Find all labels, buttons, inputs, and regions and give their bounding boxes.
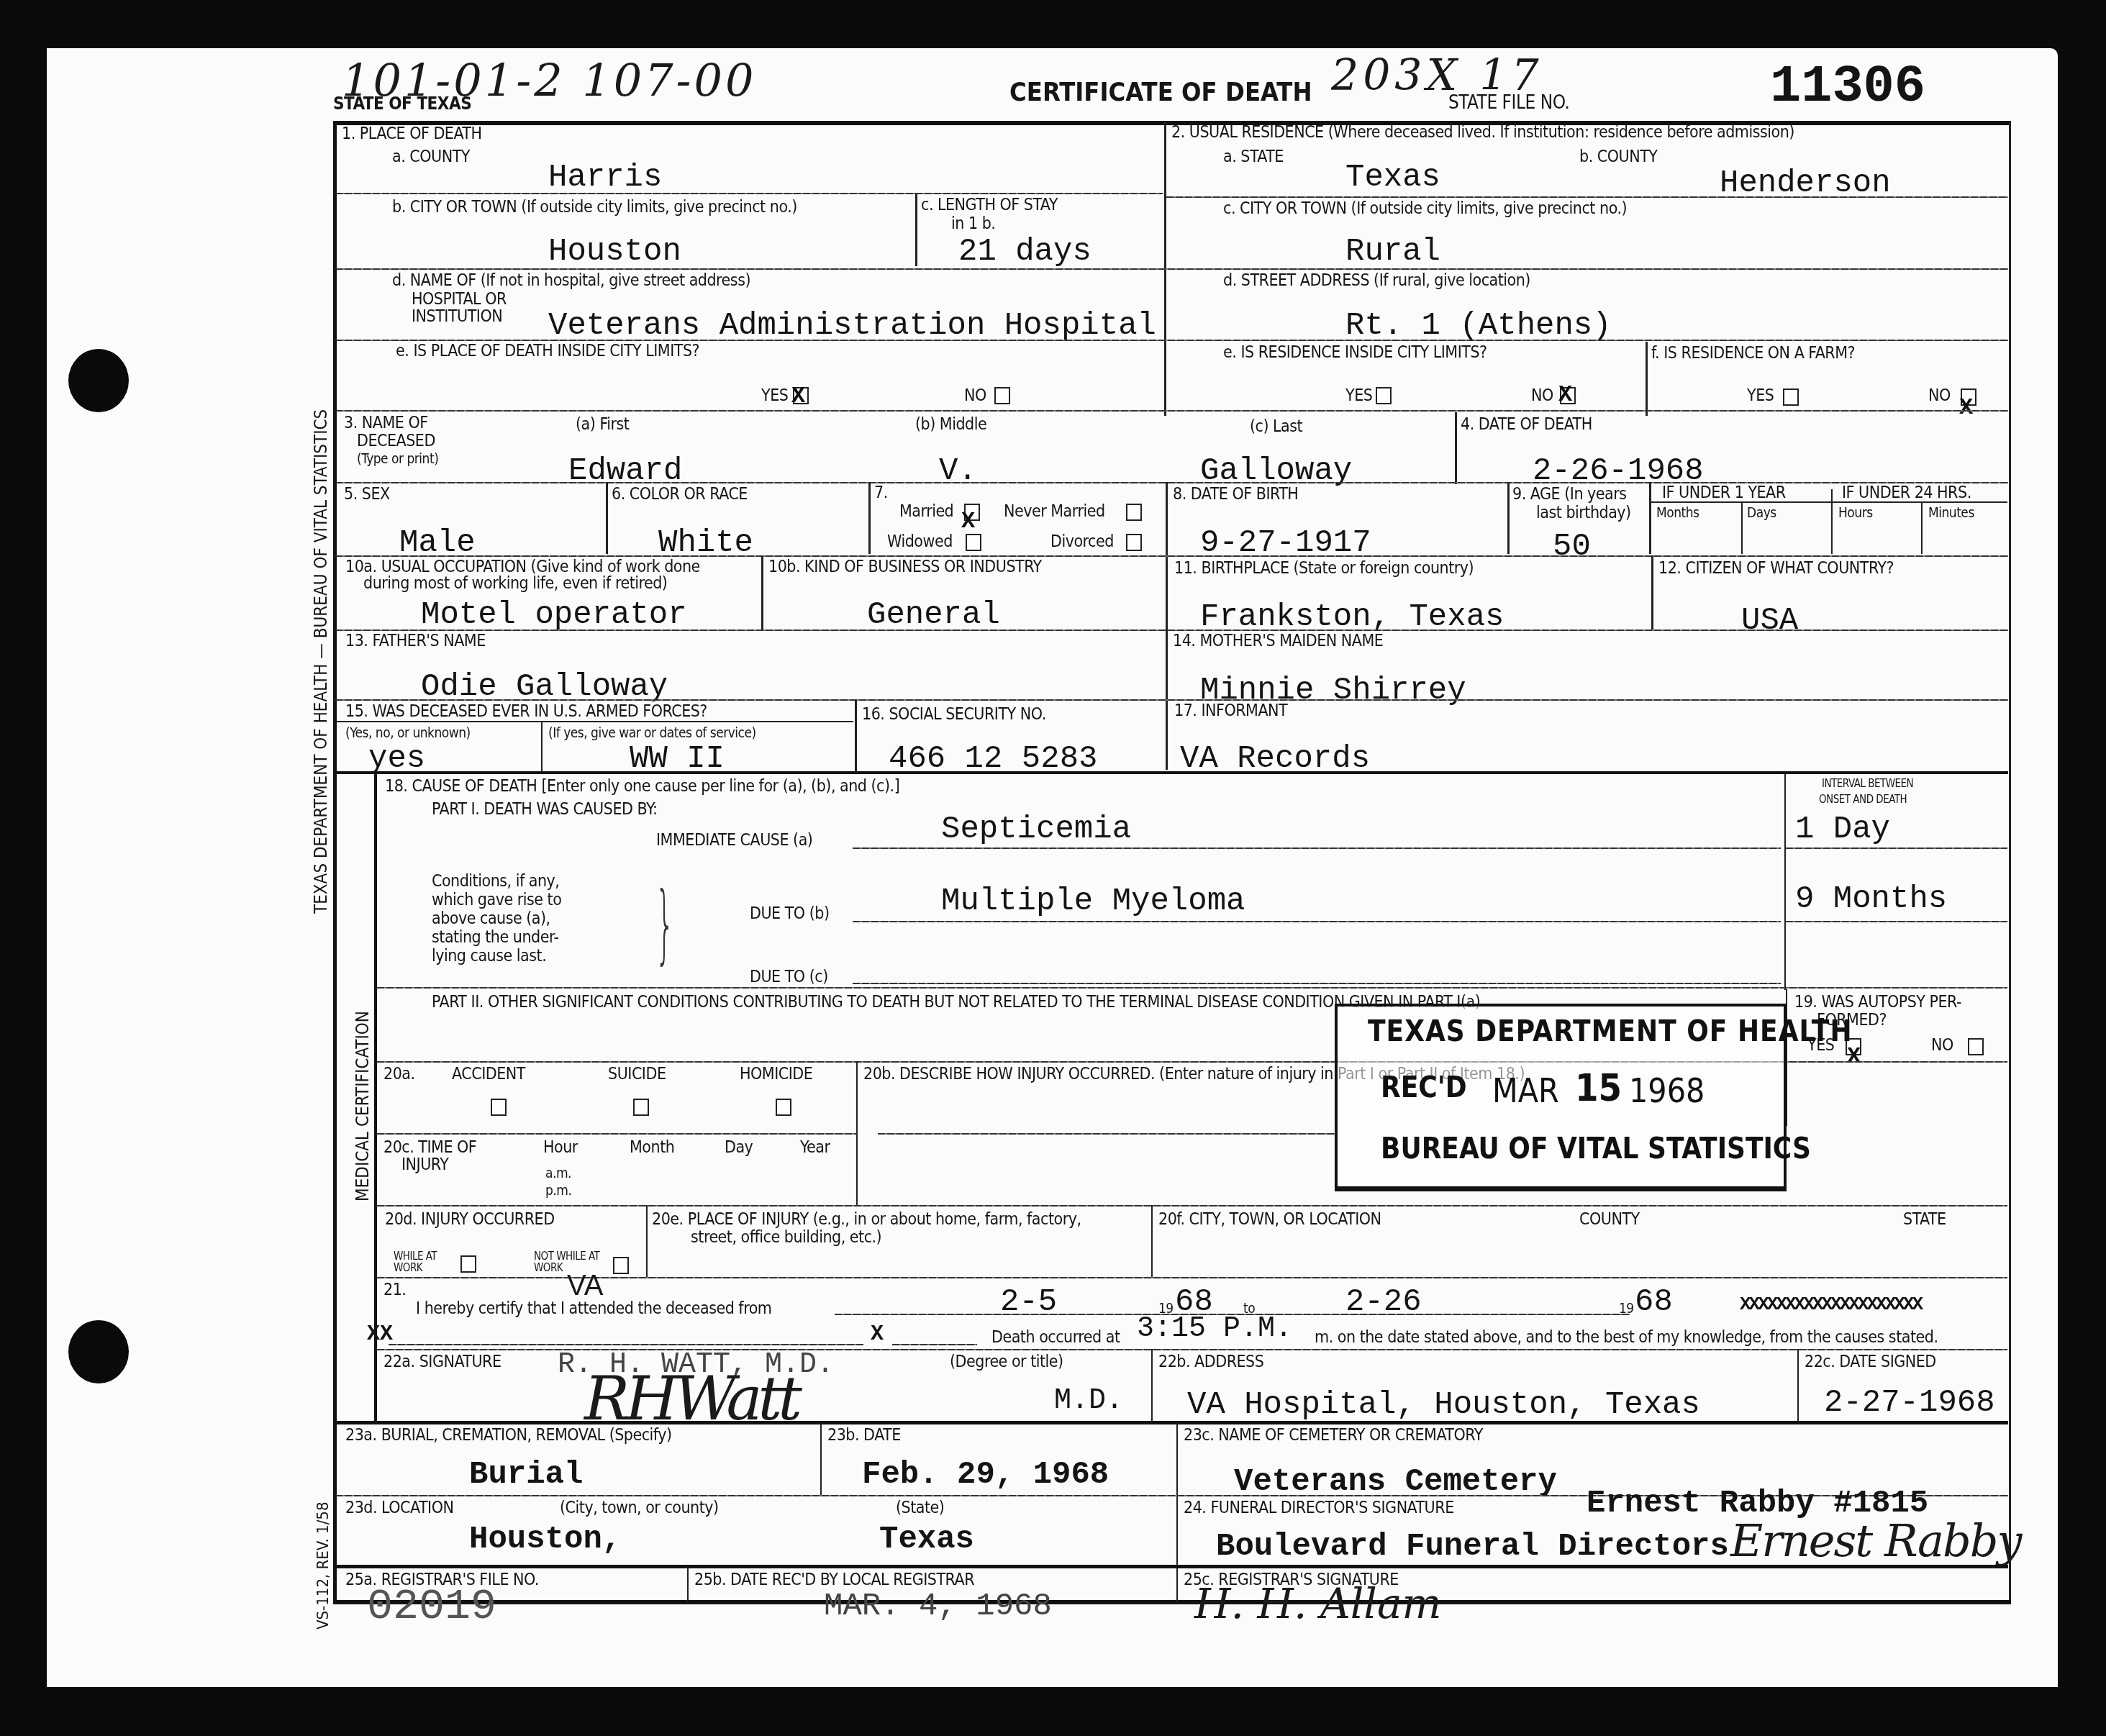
hospital-label-2: HOSPITAL OR	[412, 290, 507, 309]
funeral-director-signature: Ernest Rabby	[1730, 1514, 2020, 1567]
residence-state-value: Texas	[1345, 160, 1440, 196]
interval-b-value: 9 Months	[1795, 881, 1947, 917]
degree-label: (Degree or title)	[950, 1353, 1063, 1371]
name-of-deceased-label-2: DECEASED	[357, 432, 435, 450]
signature-label: 22a. SIGNATURE	[383, 1353, 501, 1371]
no-label: NO	[1931, 1036, 1953, 1055]
never-married-label: Never Married	[1004, 502, 1105, 521]
street-address-label: d. STREET ADDRESS (If rural, give locati…	[1223, 271, 1530, 290]
last-name-value: Galloway	[1200, 453, 1352, 489]
name-of-deceased-label-3: (Type or print)	[357, 451, 438, 467]
row-rule	[335, 699, 2008, 701]
part2-label: PART II. OTHER SIGNIFICANT CONDITIONS CO…	[432, 993, 1480, 1012]
cell-divider	[541, 722, 543, 772]
disposition-method-label: 23a. BURIAL, CREMATION, REMOVAL (Specify…	[345, 1426, 672, 1445]
burial-city-sublabel: (City, town, or county)	[560, 1499, 719, 1517]
punch-hole	[68, 1320, 129, 1383]
farm-yes-checkbox[interactable]	[1783, 388, 1799, 406]
ssn-label: 16. SOCIAL SECURITY NO.	[862, 705, 1046, 724]
column-divider	[1166, 482, 1168, 633]
state-file-label: STATE FILE NO.	[1448, 92, 1569, 114]
year-label: Year	[800, 1138, 830, 1157]
father-name-label: 13. FATHER'S NAME	[345, 632, 486, 650]
cause-line	[1786, 921, 2007, 922]
x-mark: X	[961, 508, 975, 535]
injury-county-label: COUNTY	[1579, 1210, 1640, 1229]
street-address-value: Rt. 1 (Athens)	[1345, 308, 1612, 344]
cell-divider	[855, 699, 857, 771]
length-of-stay-sublabel: in 1 b.	[951, 214, 995, 233]
conditions-note: stating the under-	[432, 928, 558, 947]
cause-line	[853, 847, 1781, 849]
hour-label: Hour	[543, 1138, 578, 1157]
attended-to-year: 68	[1635, 1284, 1673, 1320]
informant-label: 17. INFORMANT	[1174, 701, 1287, 720]
death-inside-city-label: e. IS PLACE OF DEATH INSIDE CITY LIMITS?	[396, 342, 699, 360]
x-mark: X	[1959, 394, 1973, 421]
divorced-checkbox[interactable]	[1126, 534, 1142, 551]
physician-address-label: 22b. ADDRESS	[1158, 1353, 1263, 1371]
length-of-stay-label: c. LENGTH OF STAY	[921, 196, 1058, 214]
under-24-hrs-label: IF UNDER 24 HRS.	[1842, 483, 1971, 502]
hospital-label: d. NAME OF (If not in hospital, give str…	[392, 271, 750, 290]
vertical-dept-title: TEXAS DEPARTMENT OF HEALTH — BUREAU OF V…	[311, 409, 331, 914]
brace: }	[655, 874, 675, 974]
cell-divider	[1651, 555, 1653, 631]
death-time-value: 3:15 P.M.	[1137, 1313, 1292, 1345]
registrar-date-label: 25b. DATE REC'D BY LOCAL REGISTRAR	[694, 1571, 974, 1589]
farm-label: f. IS RESIDENCE ON A FARM?	[1651, 344, 1855, 363]
form-right-border	[2009, 122, 2011, 1603]
married-label: Married	[899, 502, 953, 521]
no-label: NO	[964, 386, 986, 405]
cell-divider	[820, 1423, 822, 1495]
cell-divider	[1831, 489, 1833, 554]
strikeout-x: X	[871, 1322, 884, 1347]
cell-divider	[1151, 1349, 1153, 1421]
row-rule	[335, 268, 2008, 270]
armed-forces-sublabel: (Yes, no, or unknown)	[345, 725, 471, 741]
cause-of-death-label: 18. CAUSE OF DEATH [Enter only one cause…	[385, 777, 899, 796]
vertical-medical-certification: MEDICAL CERTIFICATION	[353, 1011, 373, 1201]
due-to-c-label: DUE TO (c)	[750, 968, 828, 986]
strikeout-xx: XX	[367, 1322, 393, 1347]
strikeout-text: XXXXXXXXXXXXXXXXXXXX	[1740, 1294, 1921, 1315]
attended-from-date: 2-5	[1000, 1284, 1057, 1320]
registrar-file-value: 02019	[367, 1583, 496, 1632]
cell-divider	[1507, 482, 1510, 554]
hospital-value: Veterans Administration Hospital	[548, 308, 1156, 344]
date-of-death-label: 4. DATE OF DEATH	[1461, 415, 1592, 434]
citizen-value: USA	[1741, 603, 1798, 639]
attended-to-date: 2-26	[1345, 1284, 1422, 1320]
time-of-injury-label-2: INJURY	[401, 1155, 448, 1174]
stamp-year: 1968	[1629, 1071, 1705, 1110]
form-bottom-rule	[333, 1600, 2011, 1604]
burial-state-value: Texas	[879, 1522, 974, 1558]
row-rule	[335, 1421, 2008, 1424]
interval-divider	[1784, 774, 1786, 990]
conditions-note: which gave rise to	[432, 891, 561, 909]
age-label: 9. AGE (In years	[1512, 485, 1627, 504]
disposition-method-value: Burial	[469, 1457, 583, 1493]
cell-divider	[1151, 1205, 1153, 1277]
cell-divider	[606, 482, 608, 554]
cause-line	[853, 983, 1781, 984]
widowed-label: Widowed	[887, 532, 953, 551]
birthplace-label: 11. BIRTHPLACE (State or foreign country…	[1174, 559, 1474, 578]
row-rule	[1651, 501, 2007, 503]
row-rule	[335, 721, 853, 722]
residence-city-value: Rural	[1345, 234, 1440, 270]
last-name-label: (c) Last	[1250, 417, 1302, 436]
form-left-border	[333, 122, 337, 1603]
minutes-label: Minutes	[1928, 505, 1974, 521]
place-of-injury-label: 20e. PLACE OF INJURY (e.g., in or about …	[652, 1210, 1081, 1229]
due-to-b-value: Multiple Myeloma	[941, 883, 1245, 919]
certification-item-label: 21.	[383, 1281, 406, 1299]
registrar-date-value: MAR. 4, 1968	[824, 1589, 1052, 1624]
date-of-birth-label: 8. DATE OF BIRTH	[1173, 485, 1298, 504]
injury-occurred-label: 20d. INJURY OCCURRED	[385, 1210, 555, 1229]
yes-label: YES	[761, 386, 788, 405]
conditions-note: above cause (a),	[432, 909, 550, 928]
due-to-b-label: DUE TO (b)	[750, 904, 830, 923]
x-mark: X	[1558, 381, 1572, 408]
date-signed-label: 22c. DATE SIGNED	[1805, 1353, 1936, 1371]
cell-divider	[1176, 1423, 1178, 1601]
am-label: a.m.	[545, 1165, 571, 1181]
cell-divider	[868, 482, 871, 554]
year-prefix: 19	[1619, 1301, 1634, 1317]
hospital-label-3: INSTITUTION	[412, 307, 502, 326]
autopsy-no-checkbox[interactable]	[1968, 1038, 1984, 1055]
middle-name-value: V.	[939, 453, 977, 489]
autopsy-label: 19. WAS AUTOPSY PER-	[1794, 993, 1961, 1012]
cell-divider	[1649, 482, 1651, 554]
death-inside-city-no-checkbox[interactable]	[994, 387, 1010, 404]
accident-label: ACCIDENT	[452, 1065, 525, 1083]
mother-name-label: 14. MOTHER'S MAIDEN NAME	[1173, 632, 1383, 650]
interval-label: INTERVAL BETWEEN	[1822, 777, 1913, 790]
row-rule	[335, 630, 2008, 631]
physician-address-value: VA Hospital, Houston, Texas	[1187, 1387, 1700, 1423]
accident-checkbox[interactable]	[491, 1099, 507, 1116]
injury-state-label: STATE	[1903, 1210, 1946, 1229]
injury-city-label: 20f. CITY, TOWN, OR LOCATION	[1158, 1210, 1381, 1229]
death-city-value: Houston	[548, 234, 681, 270]
suicide-label: SUICIDE	[608, 1065, 666, 1083]
cemetery-label: 23c. NAME OF CEMETERY OR CREMATORY	[1184, 1426, 1483, 1445]
cell-divider	[646, 1205, 648, 1277]
death-occurred-label: Death occurred at	[991, 1328, 1120, 1347]
row-rule	[1166, 196, 2008, 198]
degree-value: M.D.	[1054, 1385, 1123, 1417]
row-rule	[377, 1205, 2007, 1206]
homicide-checkbox[interactable]	[776, 1099, 791, 1116]
received-stamp: TEXAS DEPARTMENT OF HEALTH REC'D MAR 15 …	[1335, 1004, 1787, 1191]
day-label: Day	[725, 1138, 753, 1157]
sex-label: 5. SEX	[344, 485, 390, 504]
no-label: NO	[1531, 386, 1553, 405]
part1-label: PART I. DEATH WAS CAUSED BY:	[432, 800, 657, 819]
days-label: Days	[1747, 505, 1776, 521]
conditions-note: lying cause last.	[432, 947, 546, 965]
cell-divider	[1646, 342, 1648, 416]
place-of-injury-label-2: street, office building, etc.)	[691, 1228, 881, 1247]
fill-line	[389, 1344, 863, 1345]
citizen-label: 12. CITIZEN OF WHAT COUNTRY?	[1658, 559, 1894, 578]
registrar-signature: H. H. Allam	[1194, 1579, 1441, 1628]
middle-name-label: (b) Middle	[915, 415, 986, 434]
row-rule	[335, 555, 2008, 557]
row-rule	[335, 340, 2008, 341]
punch-hole	[68, 349, 129, 412]
manner-label: 20a.	[383, 1065, 415, 1083]
stamp-day: 15	[1575, 1067, 1622, 1110]
x-mark: X	[791, 383, 805, 409]
burial-location-label: 23d. LOCATION	[345, 1499, 453, 1517]
residence-county-label: b. COUNTY	[1579, 147, 1657, 166]
residence-state-label: a. STATE	[1223, 147, 1284, 166]
funeral-director-label: 24. FUNERAL DIRECTOR'S SIGNATURE	[1184, 1499, 1454, 1517]
yes-label: YES	[1747, 386, 1774, 405]
row-rule	[335, 410, 2008, 412]
interval-label-2: ONSET AND DEATH	[1819, 793, 1907, 806]
residence-inside-city-label: e. IS RESIDENCE INSIDE CITY LIMITS?	[1223, 343, 1487, 362]
residence-inside-city-yes-checkbox[interactable]	[1376, 387, 1392, 404]
at-work-checkbox[interactable]	[460, 1255, 476, 1273]
cause-line	[1786, 847, 2007, 849]
county-label: a. COUNTY	[392, 147, 470, 166]
stamp-department: TEXAS DEPARTMENT OF HEALTH	[1368, 1015, 1853, 1048]
age-sublabel: last birthday)	[1536, 504, 1631, 522]
stamp-month: MAR	[1492, 1071, 1559, 1110]
fill-line	[1266, 1314, 1630, 1315]
hours-label: Hours	[1838, 505, 1873, 521]
month-label: Month	[630, 1138, 674, 1157]
months-label: Months	[1656, 505, 1699, 521]
cell-divider	[761, 555, 763, 631]
disposition-date-label: 23b. DATE	[827, 1426, 901, 1445]
row-rule	[377, 1133, 858, 1135]
city-label: b. CITY OR TOWN (If outside city limits,…	[392, 198, 797, 217]
cell-divider	[1455, 412, 1457, 484]
yes-label: YES	[1345, 386, 1372, 405]
immediate-cause-label: IMMEDIATE CAUSE (a)	[656, 831, 812, 850]
attended-by-value: VA	[567, 1270, 603, 1302]
divorced-label: Divorced	[1050, 532, 1114, 551]
conditions-note: Conditions, if any,	[432, 872, 559, 891]
business-value: General	[867, 597, 1000, 633]
stamp-received-label: REC'D	[1381, 1071, 1467, 1104]
marital-status-label: 7.	[874, 483, 888, 502]
row-rule	[335, 1565, 2008, 1568]
occupation-value: Motel operator	[421, 597, 687, 633]
pm-label: p.m.	[545, 1183, 571, 1199]
row-rule	[335, 193, 1163, 194]
business-label: 10b. KIND OF BUSINESS OR INDUSTRY	[768, 558, 1042, 576]
age-value: 50	[1553, 529, 1591, 565]
at-work-label: WHILE AT WORK	[394, 1250, 444, 1273]
armed-forces-label: 15. WAS DECEASED EVER IN U.S. ARMED FORC…	[345, 702, 707, 721]
immediate-cause-value: Septicemia	[941, 812, 1131, 847]
certificate-title: CERTIFICATE OF DEATH	[1009, 78, 1312, 107]
place-of-death-label: 1. PLACE OF DEATH	[342, 124, 482, 143]
cause-line	[853, 921, 1781, 922]
first-name-label: (a) First	[576, 415, 629, 434]
cell-divider	[915, 194, 917, 266]
under-1-year-label: IF UNDER 1 YEAR	[1662, 483, 1786, 502]
funeral-home-value: Boulevard Funeral Directors	[1216, 1529, 1729, 1565]
homicide-label: HOMICIDE	[740, 1065, 812, 1083]
cell-divider	[687, 1567, 689, 1601]
stamp-bureau: BUREAU OF VITAL STATISTICS	[1381, 1132, 1811, 1165]
burial-state-sublabel: (State)	[896, 1499, 944, 1517]
row-rule	[377, 1277, 2007, 1278]
suicide-checkbox[interactable]	[633, 1099, 649, 1116]
state-label: STATE OF TEXAS	[333, 94, 471, 114]
not-at-work-checkbox[interactable]	[613, 1257, 629, 1274]
residence-city-label: c. CITY OR TOWN (If outside city limits,…	[1223, 199, 1627, 218]
occupation-sublabel: during most of working life, even if ret…	[363, 574, 667, 593]
cell-divider	[1741, 502, 1743, 554]
widowed-checkbox[interactable]	[966, 534, 981, 551]
fill-line	[892, 1344, 977, 1345]
first-name-value: Edward	[568, 453, 682, 489]
state-file-number: 11306	[1770, 58, 1925, 117]
death-county-value: Harris	[548, 160, 662, 196]
death-statement: m. on the date stated above, and to the …	[1315, 1328, 1938, 1347]
date-signed-value: 2-27-1968	[1824, 1385, 1995, 1421]
no-label: NO	[1928, 386, 1951, 405]
row-rule	[335, 771, 2008, 774]
usual-residence-label: 2. USUAL RESIDENCE (Where deceased lived…	[1171, 123, 1794, 142]
war-service-sublabel: (If yes, give war or dates of service)	[548, 725, 756, 741]
disposition-date-value: Feb. 29, 1968	[862, 1457, 1109, 1493]
row-rule	[878, 1133, 1335, 1135]
race-label: 6. COLOR OR RACE	[612, 485, 748, 504]
cell-divider	[1797, 1349, 1799, 1421]
row-rule	[377, 987, 2007, 989]
interval-a-value: 1 Day	[1795, 812, 1890, 847]
burial-city-value: Houston,	[469, 1522, 621, 1558]
cell-divider	[1921, 502, 1923, 554]
length-of-stay-value: 21 days	[958, 234, 1091, 270]
form-revision: VS-112, REV. 1/58	[314, 1501, 332, 1630]
time-of-injury-label: 20c. TIME OF	[383, 1138, 476, 1157]
name-of-deceased-label: 3. NAME OF	[344, 414, 428, 432]
never-married-checkbox[interactable]	[1126, 504, 1142, 521]
